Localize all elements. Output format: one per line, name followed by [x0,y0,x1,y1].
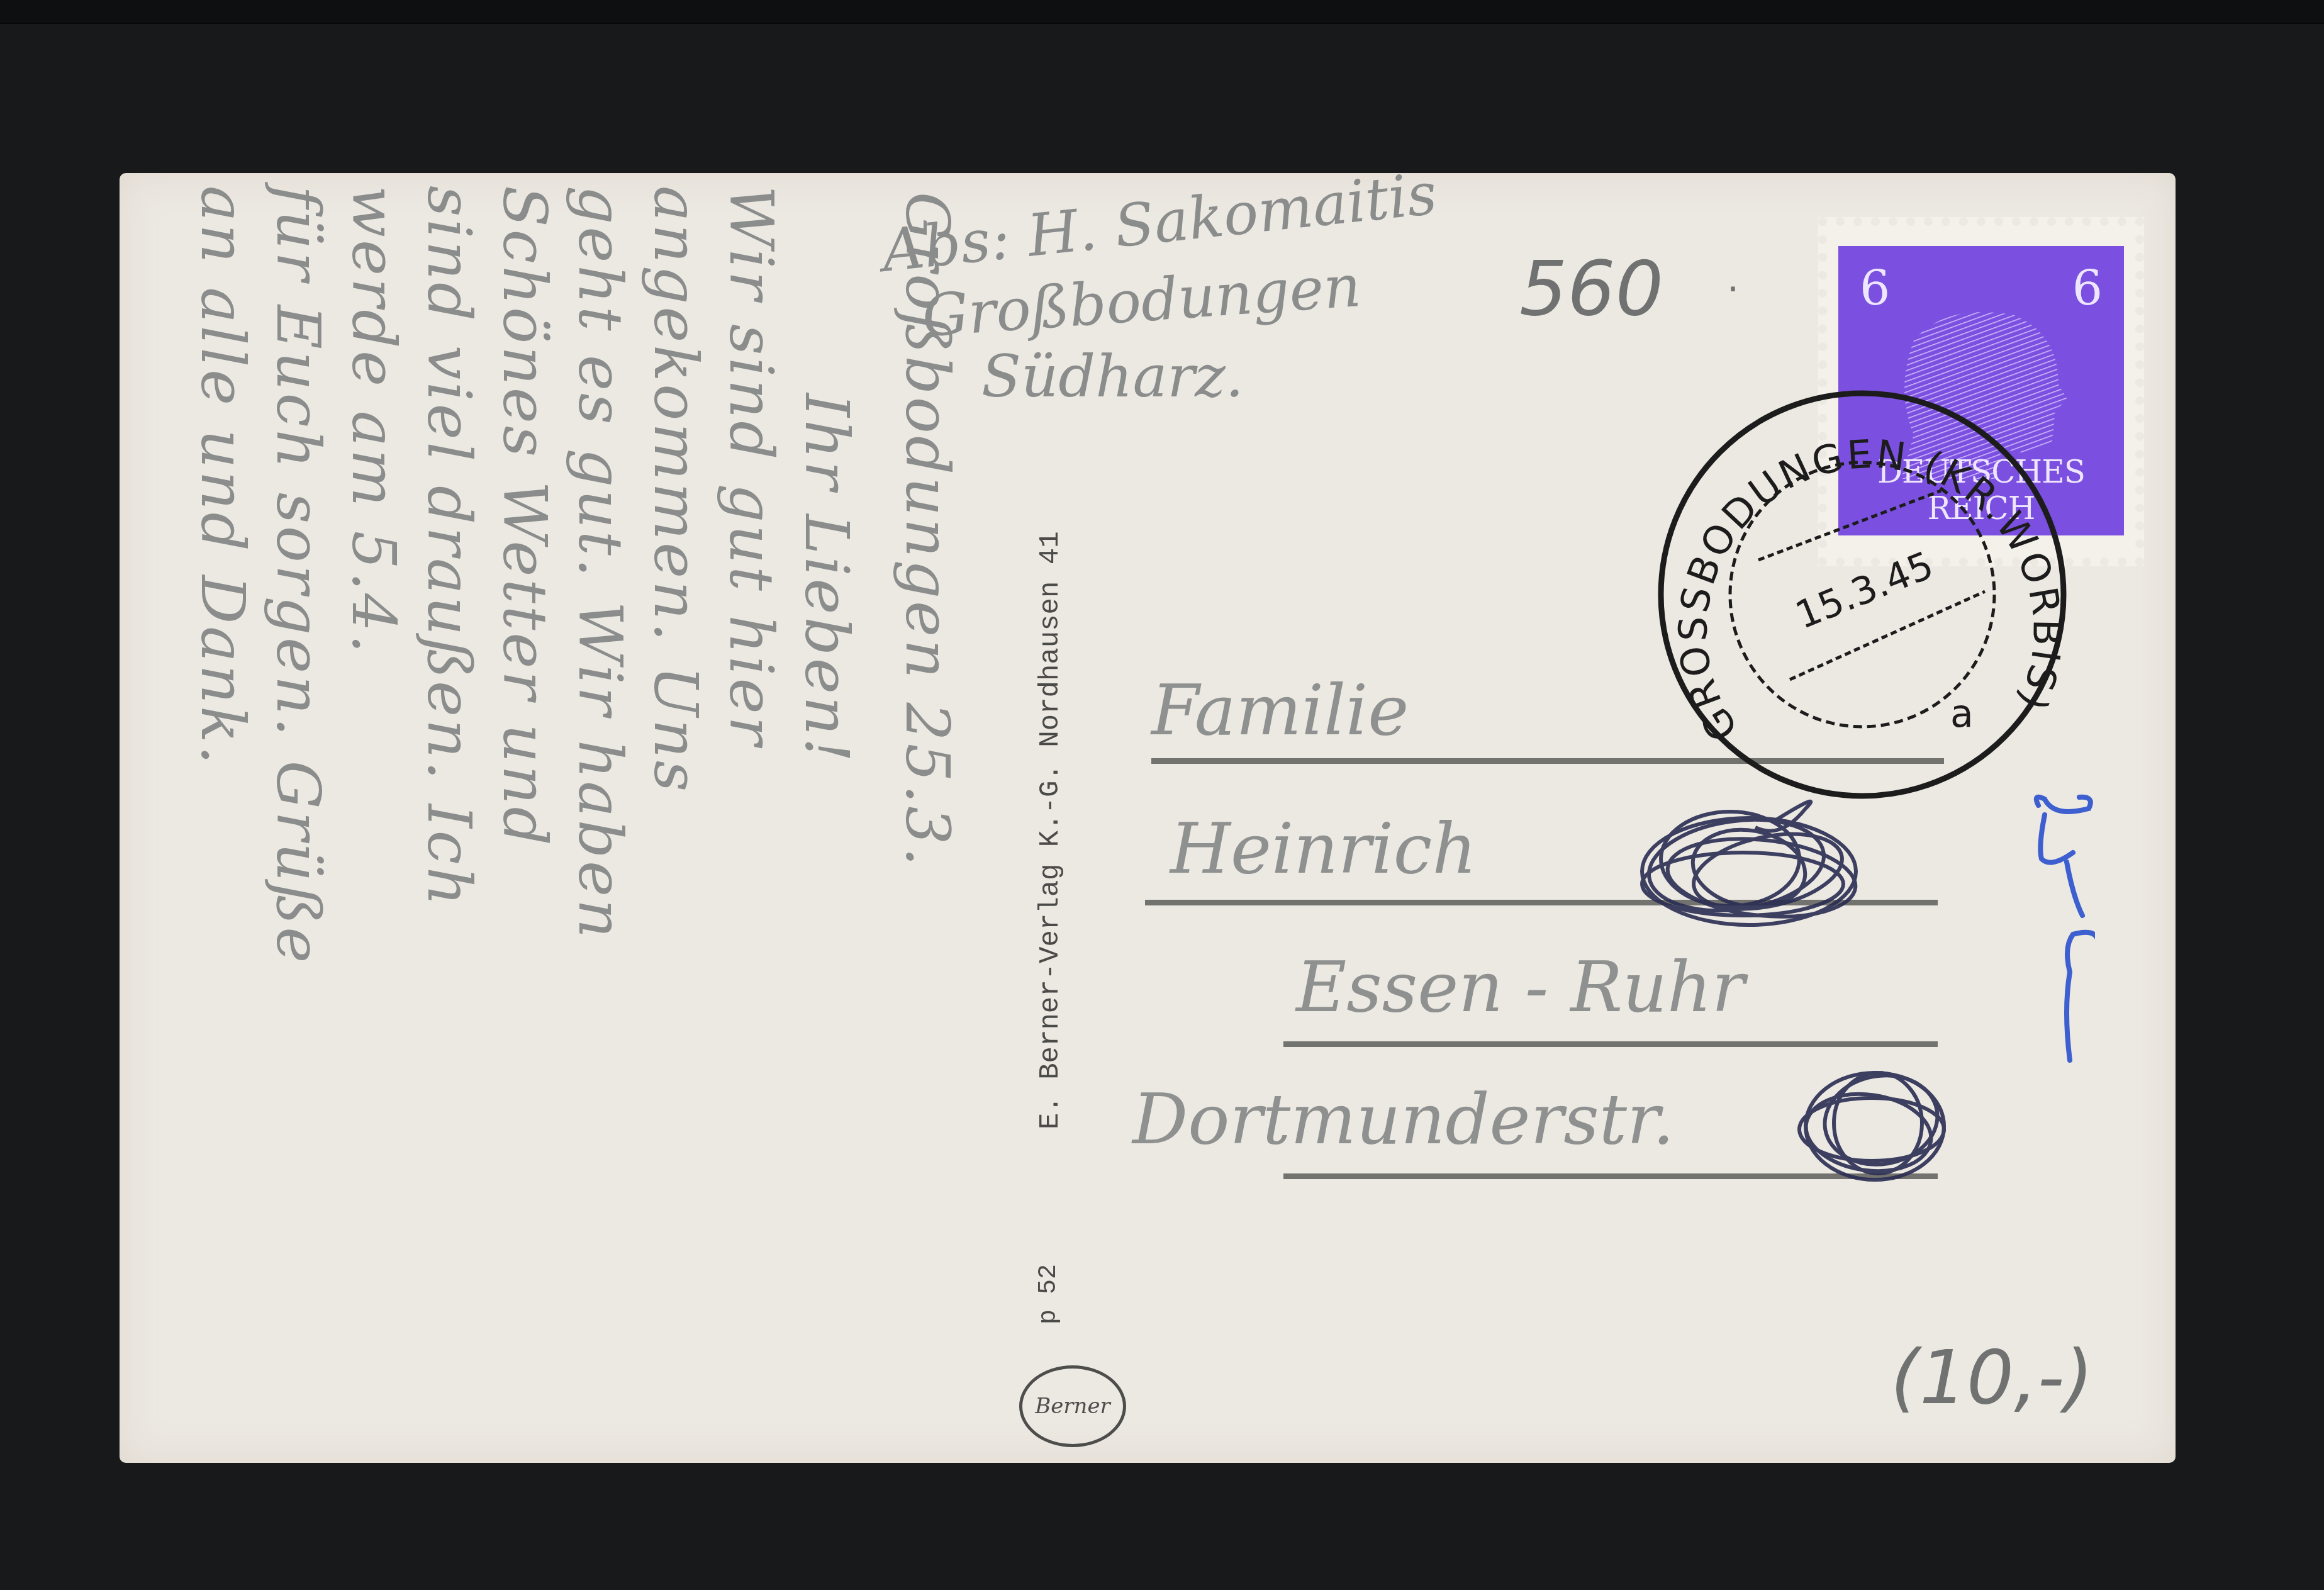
postcard: Großbodungen 25.3. Ihr Lieben! Wir sind … [120,173,2176,1463]
publisher-logo: Berner [1019,1365,1126,1447]
catalog-number: 560 [1519,245,1663,333]
letter-line: sind viel draußen. Ich [414,186,484,908]
postmark-date: 15.3.45 [1789,543,1940,638]
letter-line: Wir sind gut hier [716,186,786,747]
card-number: p 52 [1035,1264,1063,1324]
price-note: (10,-) [1891,1334,2093,1421]
address-line-family: Familie [1151,670,1409,751]
letter-line: an alle und Dank. [187,186,258,767]
letter-line: Schönes Wetter und [489,186,560,848]
blue-annotation [2026,790,2095,1067]
letter-line: werde am 5.4. [338,186,409,656]
publisher-imprint: E. Berner-Verlag K.-G. Nordhausen 41 [1035,531,1066,1129]
postmark-code: a [1950,692,1974,736]
address-rule-3 [1283,1041,1938,1047]
postmark-cancel: GROSSBODUNGEN (KR.WORBIS) 15.3.45 a [1645,378,2079,812]
letter-greeting: Ihr Lieben! [791,393,862,764]
address-line-name: Heinrich [1170,809,1477,889]
address-line-street: Dortmunderstr. [1132,1079,1674,1160]
scan-top-band [0,0,2324,24]
catalog-dot: · [1727,267,1739,311]
address-line-city: Essen - Ruhr [1296,947,1745,1027]
ink-scribble-number [1793,1054,1957,1199]
letter-line: geht es gut. Wir haben [565,186,635,941]
sender-line: Südharz. [981,343,1244,410]
letter-line: für Euch sorgen. Grüße [263,186,333,965]
letter-line: angekommen. Uns [640,186,711,794]
